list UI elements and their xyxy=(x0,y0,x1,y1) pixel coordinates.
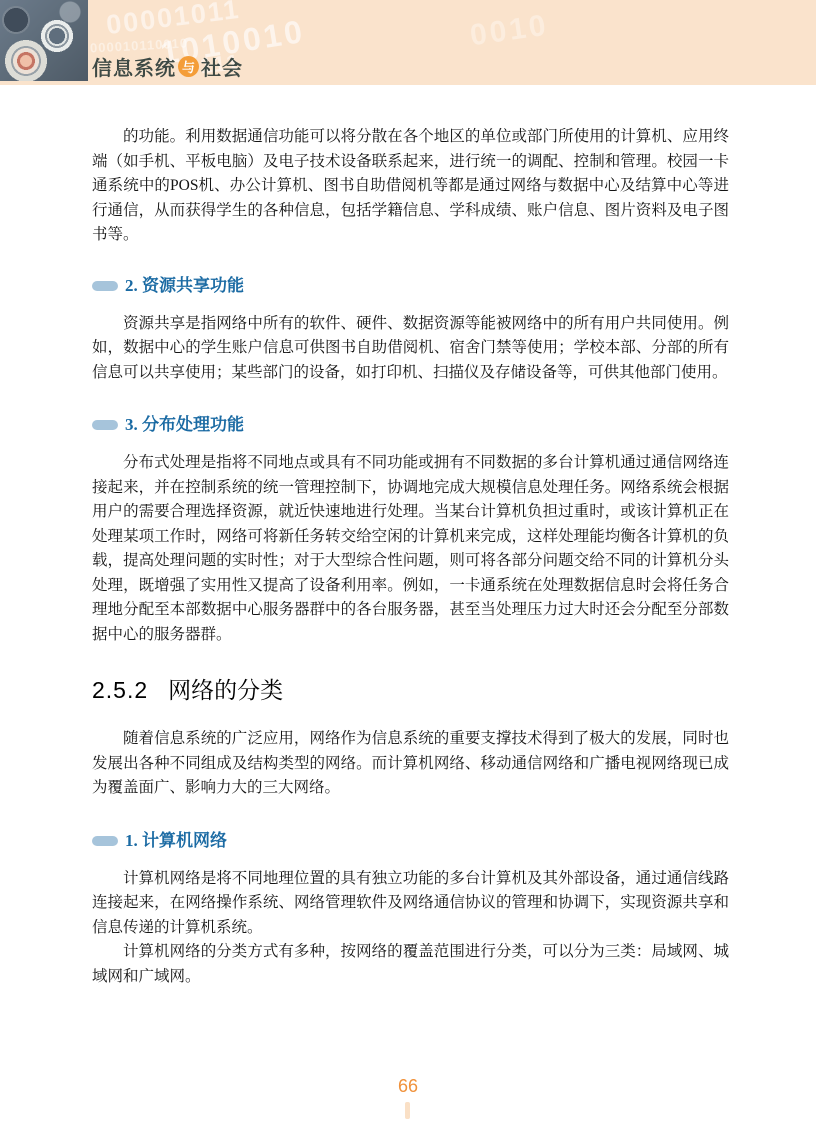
title-circle-glyph: 与 xyxy=(178,56,199,77)
gears-photo-collage xyxy=(0,0,88,81)
paragraph-computer-network-types: 计算机网络的分类方式有多种，按网络的覆盖范围进行分类，可以分为三类：局域网、城域… xyxy=(92,940,729,989)
page-content: 的功能。利用数据通信功能可以将分散在各个地区的单位或部门所使用的计算机、应用终端… xyxy=(92,125,729,989)
page-number-decoration-bar xyxy=(405,1102,410,1119)
binary-decoration: 0010 xyxy=(468,9,551,54)
section-heading-network-classification: 2.5.2 网络的分类 xyxy=(92,675,729,705)
book-title: 信息系统 与 社会 xyxy=(92,52,243,81)
paragraph-computer-network-definition: 计算机网络是将不同地理位置的具有独立功能的多台计算机及其外部设备，通过通信线路连… xyxy=(92,867,729,941)
heading-distributed-processing-label: 3. 分布处理功能 xyxy=(125,415,244,435)
section-title: 网络的分类 xyxy=(168,675,283,705)
capsule-bullet-icon xyxy=(92,836,118,846)
page-number: 66 xyxy=(0,1076,816,1097)
book-title-part2: 社会 xyxy=(201,52,243,81)
binary-decoration: 00001011 xyxy=(105,0,242,41)
heading-distributed-processing: 3. 分布处理功能 xyxy=(92,415,729,435)
page-header-band: 00001011 1010010 000010110010 0111 0010 … xyxy=(0,0,816,85)
paragraph-network-classification-intro: 随着信息系统的广泛应用，网络作为信息系统的重要支撑技术得到了极大的发展，同时也发… xyxy=(92,727,729,801)
paragraph-resource-sharing: 资源共享是指网络中所有的软件、硬件、数据资源等能被网络中的所有用户共同使用。例如… xyxy=(92,312,729,386)
paragraph-data-communication: 的功能。利用数据通信功能可以将分散在各个地区的单位或部门所使用的计算机、应用终端… xyxy=(92,125,729,248)
section-number: 2.5.2 xyxy=(92,675,148,705)
heading-resource-sharing: 2. 资源共享功能 xyxy=(92,276,729,296)
capsule-bullet-icon xyxy=(92,281,118,291)
textbook-page: 00001011 1010010 000010110010 0111 0010 … xyxy=(0,0,816,1145)
heading-computer-network: 1. 计算机网络 xyxy=(92,831,729,851)
capsule-bullet-icon xyxy=(92,420,118,430)
paragraph-distributed-processing: 分布式处理是指将不同地点或具有不同功能或拥有不同数据的多台计算机通过通信网络连接… xyxy=(92,451,729,647)
heading-resource-sharing-label: 2. 资源共享功能 xyxy=(125,276,244,296)
book-title-part1: 信息系统 xyxy=(92,52,176,81)
heading-computer-network-label: 1. 计算机网络 xyxy=(125,831,227,851)
